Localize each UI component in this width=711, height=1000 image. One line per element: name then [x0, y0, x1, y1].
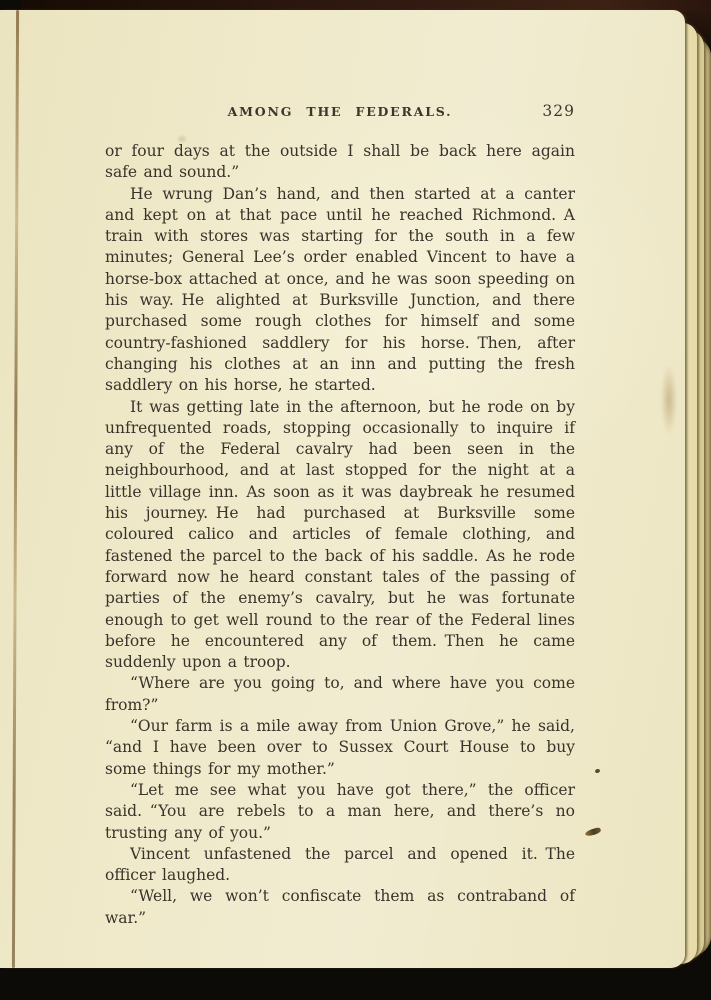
page-number: 329 — [542, 102, 575, 120]
page-content: AMONG THE FEDERALS. 329 or four days at … — [0, 0, 711, 1000]
ink-dot-mark — [595, 768, 601, 773]
paragraph: It was getting late in the afternoon, bu… — [105, 397, 575, 674]
running-header: AMONG THE FEDERALS. — [105, 104, 575, 119]
page-header: AMONG THE FEDERALS. 329 — [105, 104, 575, 126]
paragraph: “Where are you going to, and where have … — [105, 673, 575, 716]
body-text: or four days at the outside I shall be b… — [105, 141, 575, 929]
paragraph: or four days at the outside I shall be b… — [105, 141, 575, 184]
paragraph: Vincent unfastened the parcel and opened… — [105, 844, 575, 887]
book-scan: AMONG THE FEDERALS. 329 or four days at … — [0, 0, 711, 1000]
paragraph: “Our farm is a mile away from Union Grov… — [105, 716, 575, 780]
paragraph: He wrung Dan’s hand, and then started at… — [105, 184, 575, 397]
pen-stroke-mark — [584, 827, 601, 837]
paragraph: “Well, we won’t confiscate them as contr… — [105, 886, 575, 929]
paragraph: “Let me see what you have got there,” th… — [105, 780, 575, 844]
